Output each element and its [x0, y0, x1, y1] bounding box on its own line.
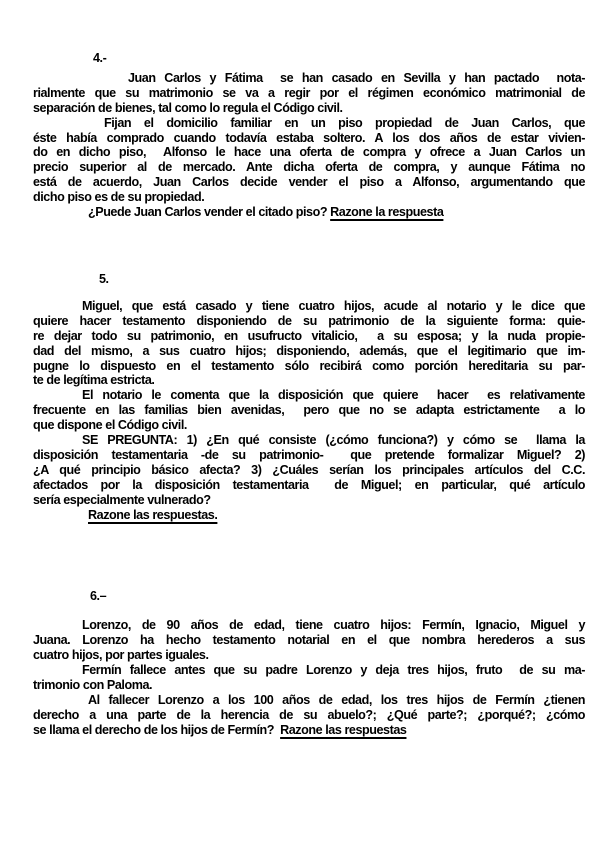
paragraph: Juan Carlos y Fátima se han casado en Se… — [33, 71, 585, 116]
text-line: está de acuerdo, Juan Carlos decide vend… — [33, 175, 585, 190]
text-line: dad del mismo, a sus cuatro hijos; dispo… — [33, 344, 585, 359]
question-body-5: Miguel, que está casado y tiene cuatro h… — [33, 299, 585, 523]
text-line: afectados por la disposición testamentar… — [33, 478, 585, 493]
text-line: pugne lo dispuesto en el testamento sólo… — [33, 359, 585, 374]
text-line: frecuente en las familias bien avenidas,… — [33, 403, 585, 418]
question-number-5: 5. — [33, 272, 585, 287]
text-line: SE PREGUNTA: 1) ¿En qué consiste (¿cómo … — [33, 433, 585, 448]
question-body-6: Lorenzo, de 90 años de edad, tiene cuatr… — [33, 618, 585, 737]
text-line: do en dicho piso, Alfonso le hace una of… — [33, 145, 585, 160]
question-number-4: 4.- — [33, 51, 585, 66]
underlined-instruction: Razone las respuestas. — [88, 508, 217, 522]
paragraph: Lorenzo, de 90 años de edad, tiene cuatr… — [33, 618, 585, 663]
question-section-4: 4.- Juan Carlos y Fátima se han casado e… — [33, 51, 585, 220]
question-section-6: 6.– Lorenzo, de 90 años de edad, tiene c… — [33, 589, 585, 737]
text-line: Fermín fallece antes que su padre Lorenz… — [33, 663, 585, 678]
text-line: sería especialmente vulnerado? — [33, 493, 585, 508]
text-line: disposición testamentaria -de su patrimo… — [33, 448, 585, 463]
text-line: cuatro hijos, por partes iguales. — [33, 648, 585, 663]
text-line: se llama el derecho de los hijos de Ferm… — [33, 723, 585, 738]
underlined-instruction: Razone la respuesta — [330, 205, 443, 219]
text-line: Fijan el domicilio familiar en un piso p… — [33, 116, 585, 131]
text-line: derecho a una parte de la herencia de su… — [33, 708, 585, 723]
paragraph: Miguel, que está casado y tiene cuatro h… — [33, 299, 585, 388]
question-body-4: Juan Carlos y Fátima se han casado en Se… — [33, 71, 585, 220]
text-line: ¿A qué principio básico afecta? 3) ¿Cuál… — [33, 463, 585, 478]
text-line: Lorenzo, de 90 años de edad, tiene cuatr… — [33, 618, 585, 633]
text-line: separación de bienes, tal como lo regula… — [33, 101, 585, 116]
text-line: precio superior al de mercado. Ante dich… — [33, 160, 585, 175]
text-line: re dejar todo su patrimonio, en usufruct… — [33, 329, 585, 344]
text-line: Razone las respuestas. — [33, 508, 585, 523]
text-line: dicho piso es de su propiedad. — [33, 190, 585, 205]
paragraph: ¿Puede Juan Carlos vender el citado piso… — [33, 205, 585, 220]
paragraph: Razone las respuestas. — [33, 508, 585, 523]
text-line: Juan Carlos y Fátima se han casado en Se… — [33, 71, 585, 86]
text-line: quiere hacer testamento disponiendo de s… — [33, 314, 585, 329]
text-line: que dispone el Código civil. — [33, 418, 585, 433]
text-line: Al fallecer Lorenzo a los 100 años de ed… — [33, 693, 585, 708]
underlined-instruction: Razone las respuestas — [280, 723, 406, 737]
paragraph: El notario le comenta que la disposición… — [33, 388, 585, 433]
text-line: éste había comprado cuando todavía estab… — [33, 131, 585, 146]
text-line: Juana. Lorenzo ha hecho testamento notar… — [33, 633, 585, 648]
paragraph: Fijan el domicilio familiar en un piso p… — [33, 116, 585, 205]
paragraph: Fermín fallece antes que su padre Lorenz… — [33, 663, 585, 693]
paragraph: SE PREGUNTA: 1) ¿En qué consiste (¿cómo … — [33, 433, 585, 508]
text-line: ¿Puede Juan Carlos vender el citado piso… — [33, 205, 585, 220]
document-page: 4.- Juan Carlos y Fátima se han casado e… — [0, 0, 599, 848]
text-line: trimonio con Paloma. — [33, 678, 585, 693]
text-line: rialmente que su matrimonio se va a regi… — [33, 86, 585, 101]
question-number-6: 6.– — [33, 589, 585, 604]
question-section-5: 5. Miguel, que está casado y tiene cuatr… — [33, 272, 585, 523]
text-line: El notario le comenta que la disposición… — [33, 388, 585, 403]
paragraph: Al fallecer Lorenzo a los 100 años de ed… — [33, 693, 585, 738]
text-line: Miguel, que está casado y tiene cuatro h… — [33, 299, 585, 314]
text-line: te de legítima estricta. — [33, 373, 585, 388]
